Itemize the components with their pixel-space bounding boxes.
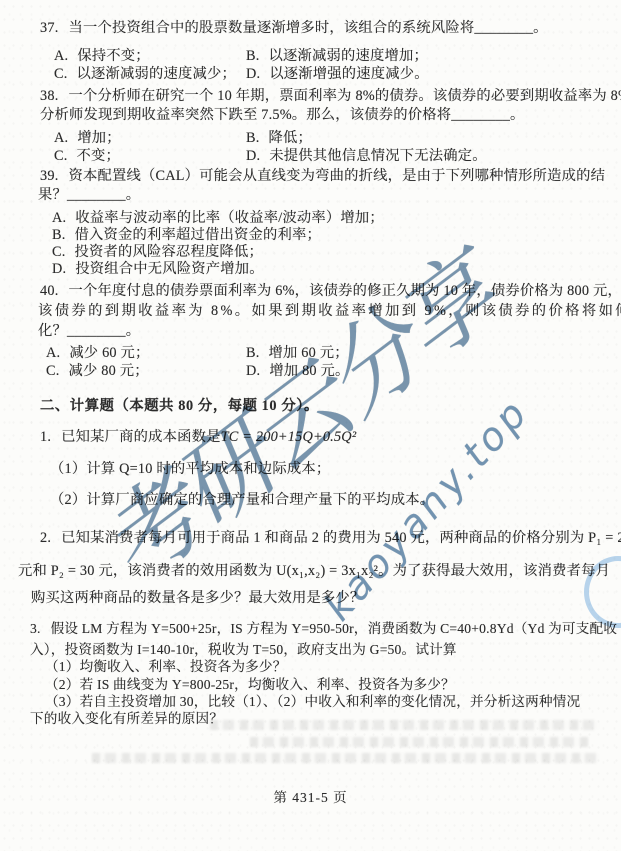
option-a-label: A. [52, 210, 66, 226]
calc-2-stem-line-3: 购买这两种商品的数量各是多少？最大效用是多少？ [31, 590, 611, 607]
question-39-number: 39. [40, 168, 58, 184]
option-b-label: B. [246, 345, 260, 361]
option-d-text: 增加 80 元。 [269, 363, 349, 379]
question-40-stem-line-3: 化？________。 [38, 323, 611, 340]
question-38-option-b: B.降低； [246, 130, 312, 147]
question-37-number: 37. [40, 20, 58, 36]
bleedthrough-smudge-1 [210, 720, 600, 730]
question-40-option-d: D.增加 80 元。 [246, 363, 350, 380]
option-a-label: A. [54, 130, 68, 146]
exam-page: 37.当一个投资组合中的股票数量逐渐增多时，该组合的系统风险将________。… [0, 0, 621, 851]
question-39-option-d: D.投资组合中无风险资产增加。 [52, 261, 611, 278]
question-37-option-a: A.保持不变； [54, 48, 150, 65]
calc-2-stem-text-1: 已知某消费者每月可用于商品 1 和商品 2 的费用为 540 元，两种商品的价格… [61, 530, 621, 546]
option-b-label: B. [246, 48, 260, 64]
option-c-text: 减少 80 元； [69, 363, 149, 379]
option-b-text: 降低； [269, 130, 313, 146]
question-39-stem-line-1: 39.资本配置线（CAL）可能会从直线变为弯曲的折线，是由于下列哪种情形所造成的… [40, 168, 611, 185]
page-number-footer: 第 431-5 页 [0, 786, 621, 806]
option-a-text: 减少 60 元； [69, 345, 149, 361]
question-37-options-row-2: C.以逐渐减弱的速度减少； D.以逐渐增强的速度减少。 [0, 66, 621, 83]
calc-1-subitem-1: （1）计算 Q=10 时的平均成本和边际成本； [50, 461, 611, 478]
question-38-stem-text-1: 一个分析师在研究一个 10 年期，票面利率为 8%的债券。该债券的必要到期收益率… [68, 88, 621, 104]
bleedthrough-smudge-3 [92, 753, 600, 763]
question-37-option-b: B.以逐渐减弱的速度增加； [246, 48, 428, 65]
option-c-label: C. [52, 244, 66, 260]
calc-3-stem-line-2: 入），投资函数为 I=140-10r，税收为 T=50，政府支出为 G=50。试… [30, 641, 611, 658]
option-c-text: 投资者的风险容忍程度降低； [75, 244, 263, 260]
calc-1-cost-function-formula: TC = 200+15Q+0.5Q² [221, 429, 357, 445]
option-a-text: 收益率与波动率的比率（收益率/波动率）增加； [75, 210, 384, 226]
watermark-share-text: 考研云分享 [57, 221, 538, 622]
option-c-text: 以逐渐减弱的速度减少； [77, 66, 236, 82]
option-a-label: A. [54, 48, 68, 64]
option-b-text: 以逐渐减弱的速度增加； [269, 48, 428, 64]
calc-3-stem-text-1: 假设 LM 方程为 Y=500+25r，IS 方程为 Y=950-50r，消费函… [51, 621, 618, 636]
bleedthrough-smudge-2 [250, 737, 588, 747]
question-40-stem-text-1: 一个年度付息的债券票面利率为 6%，该债券的修正久期为 10 年，债券价格为 8… [68, 283, 621, 299]
option-b-text: 增加 60 元； [269, 345, 349, 361]
calc-2-stem-line-1: 2.已知某消费者每月可用于商品 1 和商品 2 的费用为 540 元，两种商品的… [40, 530, 611, 547]
question-37-stem-text: 当一个投资组合中的股票数量逐渐增多时，该组合的系统风险将________。 [68, 20, 547, 36]
question-38-option-d: D.未提供其他信息情况下无法确定。 [246, 148, 487, 165]
question-40-stem-line-1: 40.一个年度付息的债券票面利率为 6%，该债券的修正久期为 10 年，债券价格… [40, 283, 611, 300]
calc-3-subitem-2: （2）若 IS 曲线变为 Y=800-25r，均衡收入、利率、投资各为多少？ [45, 676, 611, 693]
question-40-number: 40. [40, 283, 58, 299]
question-37-option-c: C.以逐渐减弱的速度减少； [54, 66, 236, 83]
question-40-options-row-1: A.减少 60 元； B.增加 60 元； [0, 345, 621, 362]
option-c-label: C. [46, 363, 60, 379]
calc-3-subitem-3: （3）若自主投资增加 30，比较（1）、（2）中收入和利率的变化情况，并分析这两… [45, 693, 611, 710]
option-c-label: C. [54, 66, 68, 82]
section-2-heading: 二、计算题（本题共 80 分，每题 10 分）。 [40, 395, 319, 415]
question-38-options-row-1: A.增加； B.降低； [0, 130, 621, 147]
calc-3-number: 3. [30, 621, 41, 636]
option-d-text: 投资组合中无风险资产增加。 [75, 261, 263, 277]
calc-2-number: 2. [40, 530, 51, 546]
option-a-text: 增加； [77, 130, 121, 146]
question-40-options-row-2: C.减少 80 元； D.增加 80 元。 [0, 363, 621, 380]
question-38-options-row-2: C.不变； D.未提供其他信息情况下无法确定。 [0, 148, 621, 165]
question-38-number: 38. [40, 88, 58, 104]
question-39-stem-text-1: 资本配置线（CAL）可能会从直线变为弯曲的折线，是由于下列哪种情形所造成的结 [68, 168, 605, 184]
question-40-stem-line-2: 该债券的到期收益率为 8%。如果到期收益率增加到 9%，则该债券的价格将如何变 [38, 303, 611, 320]
question-40-option-c: C.减少 80 元； [46, 363, 149, 380]
option-a-label: A. [46, 345, 60, 361]
question-38-stem-line-1: 38.一个分析师在研究一个 10 年期，票面利率为 8%的债券。该债券的必要到期… [40, 88, 611, 105]
question-37-stem: 37.当一个投资组合中的股票数量逐渐增多时，该组合的系统风险将________。 [40, 20, 611, 37]
question-38-option-a: A.增加； [54, 130, 121, 147]
question-37-option-d: D.以逐渐增强的速度减少。 [246, 66, 429, 83]
question-40-option-b: B.增加 60 元； [246, 345, 349, 362]
question-39-option-c: C.投资者的风险容忍程度降低； [52, 244, 611, 261]
question-37-options-row-1: A.保持不变； B.以逐渐减弱的速度增加； [0, 48, 621, 65]
option-b-label: B. [52, 227, 66, 243]
calc-1-subitem-2: （2）计算厂商应确定的合理产量和合理产量下的平均成本。 [50, 492, 611, 509]
calc-3-stem-line-1: 3.假设 LM 方程为 Y=500+25r，IS 方程为 Y=950-50r，消… [30, 620, 611, 637]
question-39-stem-line-2: 果？________。 [38, 187, 611, 204]
calc-3-subitem-1: （1）均衡收入、利率、投资各为多少？ [45, 658, 611, 675]
calc-1-number: 1. [40, 429, 51, 445]
option-b-text: 借入资金的利率超过借出资金的利率； [75, 227, 321, 243]
calc-1-stem: 1.已知某厂商的成本函数是TC = 200+15Q+0.5Q² [40, 429, 611, 446]
option-b-label: B. [246, 130, 260, 146]
option-d-text: 以逐渐增强的速度减少。 [269, 66, 428, 82]
question-38-stem-line-2: 分析师发现到期收益率突然下跌至 7.5%。那么，该债券的价格将________。 [40, 107, 611, 124]
option-c-label: C. [54, 148, 68, 164]
option-a-text: 保持不变； [77, 48, 149, 64]
question-40-option-a: A.减少 60 元； [46, 345, 150, 362]
option-c-text: 不变； [77, 148, 121, 164]
question-39-option-b: B.借入资金的利率超过借出资金的利率； [52, 227, 611, 244]
option-d-text: 未提供其他信息情况下无法确定。 [269, 148, 486, 164]
calc-2-stem-line-2: 元和 P₂ = 30 元，该消费者的效用函数为 U(x₁,x₂) = 3x₁x₂… [18, 563, 611, 580]
option-d-label: D. [246, 66, 260, 82]
option-d-label: D. [246, 148, 260, 164]
option-d-label: D. [246, 363, 260, 379]
option-d-label: D. [52, 261, 66, 277]
calc-1-stem-text: 已知某厂商的成本函数是 [61, 429, 220, 445]
question-39-option-a: A.收益率与波动率的比率（收益率/波动率）增加； [52, 210, 611, 227]
question-38-option-c: C.不变； [54, 148, 120, 165]
